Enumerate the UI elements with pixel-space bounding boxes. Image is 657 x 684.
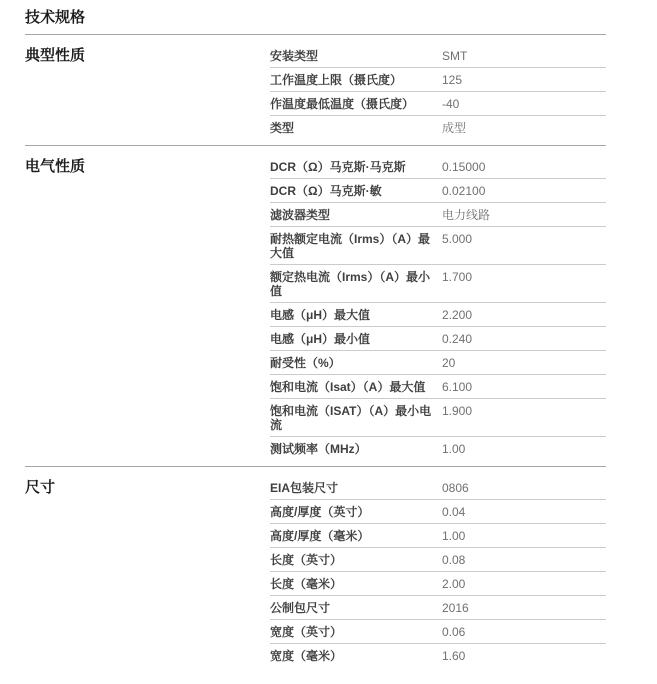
spec-value: 2.200 (442, 308, 606, 322)
spec-section: 尺寸 EIA包装尺寸 0806 高度/厚度（英寸） 0.04 高度/厚度（毫米）… (25, 467, 606, 673)
spec-row: 耐受性（%） 20 (270, 351, 606, 375)
spec-section: 电气性质 DCR（Ω）马克斯·马克斯 0.15000 DCR（Ω）马克斯·敏 0… (25, 146, 606, 467)
spec-label: 长度（英寸） (270, 553, 442, 567)
spec-label: 高度/厚度（毫米） (270, 529, 442, 543)
spec-value: -40 (442, 97, 606, 111)
spec-value: 2016 (442, 601, 606, 615)
page-title: 技术规格 (25, 0, 606, 34)
section-table: EIA包装尺寸 0806 高度/厚度（英寸） 0.04 高度/厚度（毫米） 1.… (270, 467, 606, 667)
spec-page: 技术规格 典型性质 安装类型 SMT 工作温度上限（摄氏度） 125 作温度最低… (25, 0, 606, 673)
section-table: 安装类型 SMT 工作温度上限（摄氏度） 125 作温度最低温度（摄氏度） -4… (270, 35, 606, 139)
spec-label: 安装类型 (270, 49, 442, 63)
spec-row: 公制包尺寸 2016 (270, 596, 606, 620)
spec-label: DCR（Ω）马克斯·敏 (270, 184, 442, 198)
spec-value: 成型 (442, 121, 606, 135)
spec-value: 0806 (442, 481, 606, 495)
spec-row: DCR（Ω）马克斯·敏 0.02100 (270, 179, 606, 203)
spec-row: 额定热电流（Irms）（A）最小值 1.700 (270, 265, 606, 303)
spec-row: 饱和电流（ISAT）（A）最小电流 1.900 (270, 399, 606, 437)
spec-row: 宽度（毫米） 1.60 (270, 644, 606, 667)
spec-value: 1.60 (442, 649, 606, 663)
spec-value: 20 (442, 356, 606, 370)
spec-label: 耐受性（%） (270, 356, 442, 370)
spec-value: 0.04 (442, 505, 606, 519)
spec-value: 0.02100 (442, 184, 606, 198)
spec-label: 宽度（英寸） (270, 625, 442, 639)
spec-value: 6.100 (442, 380, 606, 394)
spec-value: 1.900 (442, 404, 606, 418)
spec-row: 作温度最低温度（摄氏度） -40 (270, 92, 606, 116)
spec-value: 2.00 (442, 577, 606, 591)
spec-value: 125 (442, 73, 606, 87)
spec-label: 宽度（毫米） (270, 649, 442, 663)
spec-row: 高度/厚度（英寸） 0.04 (270, 500, 606, 524)
spec-row: DCR（Ω）马克斯·马克斯 0.15000 (270, 155, 606, 179)
spec-label: 耐热额定电流（Irms）（A）最大值 (270, 232, 442, 260)
spec-label: 高度/厚度（英寸） (270, 505, 442, 519)
spec-value: 0.15000 (442, 160, 606, 174)
spec-value: 0.240 (442, 332, 606, 346)
spec-row: 电感（μH）最大值 2.200 (270, 303, 606, 327)
spec-row: 电感（μH）最小值 0.240 (270, 327, 606, 351)
spec-label: 测试频率（MHz） (270, 442, 442, 456)
spec-value: 1.00 (442, 529, 606, 543)
section-header: 典型性质 (25, 35, 270, 64)
section-header: 尺寸 (25, 467, 270, 496)
spec-row: EIA包装尺寸 0806 (270, 476, 606, 500)
sections-container: 典型性质 安装类型 SMT 工作温度上限（摄氏度） 125 作温度最低温度（摄氏… (25, 35, 606, 673)
spec-label: 长度（毫米） (270, 577, 442, 591)
spec-label: 电感（μH）最大值 (270, 308, 442, 322)
section-table: DCR（Ω）马克斯·马克斯 0.15000 DCR（Ω）马克斯·敏 0.0210… (270, 146, 606, 460)
spec-label: 额定热电流（Irms）（A）最小值 (270, 270, 442, 298)
spec-row: 滤波器类型 电力线路 (270, 203, 606, 227)
spec-value: 1.00 (442, 442, 606, 456)
spec-value: 5.000 (442, 232, 606, 246)
spec-row: 类型 成型 (270, 116, 606, 139)
spec-label: 饱和电流（ISAT）（A）最小电流 (270, 404, 442, 432)
spec-row: 长度（英寸） 0.08 (270, 548, 606, 572)
spec-label: 类型 (270, 121, 442, 135)
spec-row: 高度/厚度（毫米） 1.00 (270, 524, 606, 548)
spec-value: 0.08 (442, 553, 606, 567)
spec-row: 工作温度上限（摄氏度） 125 (270, 68, 606, 92)
spec-value: 电力线路 (442, 208, 606, 222)
spec-label: 饱和电流（Isat）（A）最大值 (270, 380, 442, 394)
spec-label: 工作温度上限（摄氏度） (270, 73, 442, 87)
spec-value: 0.06 (442, 625, 606, 639)
spec-row: 测试频率（MHz） 1.00 (270, 437, 606, 460)
spec-row: 耐热额定电流（Irms）（A）最大值 5.000 (270, 227, 606, 265)
spec-section: 典型性质 安装类型 SMT 工作温度上限（摄氏度） 125 作温度最低温度（摄氏… (25, 35, 606, 146)
spec-label: 作温度最低温度（摄氏度） (270, 97, 442, 111)
spec-row: 长度（毫米） 2.00 (270, 572, 606, 596)
spec-value: 1.700 (442, 270, 606, 284)
spec-row: 宽度（英寸） 0.06 (270, 620, 606, 644)
spec-value: SMT (442, 49, 606, 63)
spec-label: 滤波器类型 (270, 208, 442, 222)
spec-label: DCR（Ω）马克斯·马克斯 (270, 160, 442, 174)
spec-label: 电感（μH）最小值 (270, 332, 442, 346)
spec-label: EIA包装尺寸 (270, 481, 442, 495)
spec-row: 饱和电流（Isat）（A）最大值 6.100 (270, 375, 606, 399)
spec-label: 公制包尺寸 (270, 601, 442, 615)
spec-row: 安装类型 SMT (270, 44, 606, 68)
section-header: 电气性质 (25, 146, 270, 175)
